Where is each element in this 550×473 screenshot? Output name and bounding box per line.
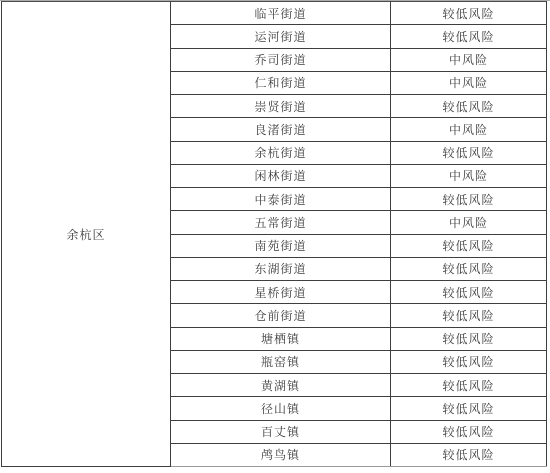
district-risk-page: 余杭区临平街道 较低风险 运河街道 较低风险 乔司街道 中风险 仁和街道 中风险… [0,0,550,473]
subdistrict-name-cell: 良渚街道 [171,118,391,141]
risk-level-cell: 较低风险 [391,443,547,466]
risk-level-cell: 中风险 [391,211,547,234]
risk-level-cell: 较低风险 [391,234,547,257]
risk-level-cell: 中风险 [391,71,547,94]
subdistrict-name-cell: 中泰街道 [171,188,391,211]
risk-level-cell: 中风险 [391,118,547,141]
subdistrict-name-cell: 径山镇 [171,397,391,420]
risk-level-cell: 中风险 [391,48,547,71]
subdistrict-name-cell: 临平街道 [171,2,391,25]
subdistrict-name-cell: 东湖街道 [171,257,391,280]
subdistrict-name-cell: 五常街道 [171,211,391,234]
risk-level-cell: 较低风险 [391,95,547,118]
risk-level-cell: 较低风险 [391,188,547,211]
table-row: 余杭区临平街道 较低风险 [2,2,547,25]
risk-level-cell: 中风险 [391,164,547,187]
risk-level-cell: 较低风险 [391,304,547,327]
subdistrict-name-cell: 余杭街道 [171,141,391,164]
risk-level-cell: 较低风险 [391,141,547,164]
risk-table-body: 余杭区临平街道 较低风险 运河街道 较低风险 乔司街道 中风险 仁和街道 中风险… [2,2,547,467]
subdistrict-name-cell: 运河街道 [171,25,391,48]
risk-level-cell: 较低风险 [391,2,547,25]
risk-level-cell: 较低风险 [391,327,547,350]
subdistrict-name-cell: 乔司街道 [171,48,391,71]
subdistrict-name-cell: 百丈镇 [171,420,391,443]
subdistrict-name-cell: 瓶窑镇 [171,350,391,373]
risk-level-cell: 较低风险 [391,420,547,443]
subdistrict-name-cell: 仓前街道 [171,304,391,327]
risk-level-cell: 较低风险 [391,374,547,397]
subdistrict-name-cell: 黄湖镇 [171,374,391,397]
subdistrict-name-cell: 崇贤街道 [171,95,391,118]
risk-level-cell: 较低风险 [391,281,547,304]
district-cell: 余杭区 [2,2,171,467]
subdistrict-name-cell: 塘栖镇 [171,327,391,350]
subdistrict-name-cell: 闲林街道 [171,164,391,187]
subdistrict-name-cell: 星桥街道 [171,281,391,304]
subdistrict-name-cell: 南苑街道 [171,234,391,257]
subdistrict-name-cell: 鸬鸟镇 [171,443,391,466]
risk-level-cell: 较低风险 [391,257,547,280]
risk-level-cell: 较低风险 [391,397,547,420]
risk-level-cell: 较低风险 [391,350,547,373]
subdistrict-name-cell: 仁和街道 [171,71,391,94]
district-risk-table: 余杭区临平街道 较低风险 运河街道 较低风险 乔司街道 中风险 仁和街道 中风险… [1,1,547,467]
risk-level-cell: 较低风险 [391,25,547,48]
